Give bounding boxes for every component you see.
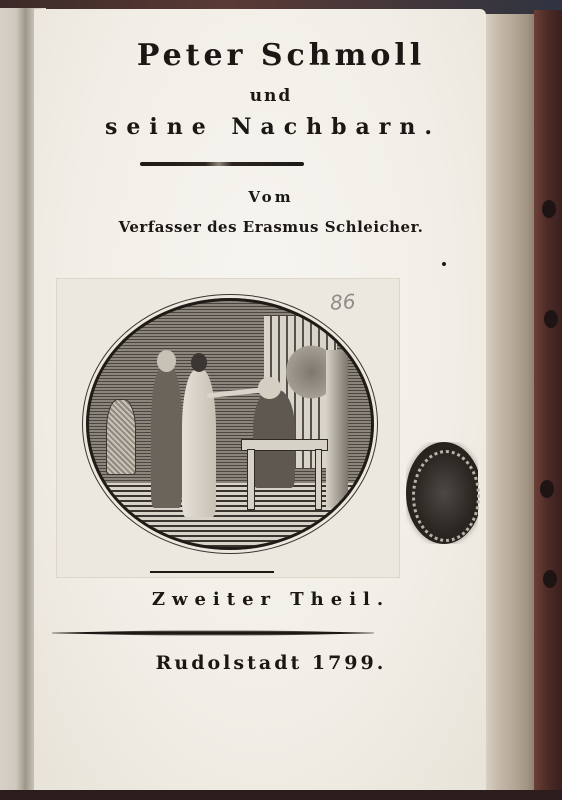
engraving-woman-head <box>191 353 208 373</box>
binding-wear-spot <box>544 310 558 328</box>
book-title: Peter Schmoll <box>0 38 562 73</box>
byline-intro: Vom <box>0 188 552 206</box>
ornamental-rule <box>140 162 304 166</box>
byline-author: Verfasser des Erasmus Schleicher. <box>0 218 552 236</box>
binding-wear-spot <box>540 480 554 498</box>
volume-part: Zweiter Theil. <box>0 589 552 610</box>
stamp-wreath-icon <box>412 450 480 542</box>
engraving-table-leg <box>247 449 255 510</box>
engraving-man-figure <box>151 365 182 508</box>
engraving-chair <box>106 399 136 475</box>
pencil-shelf-mark: 86 <box>329 289 356 315</box>
thin-rule <box>150 571 274 573</box>
engraving-curtain <box>326 350 349 507</box>
title-conjunction: und <box>0 86 552 106</box>
engraved-vignette <box>86 298 374 550</box>
book-bottom-edge <box>0 790 562 800</box>
binding-wear-spot <box>543 570 557 588</box>
book-title-continued: seine Nachbarn. <box>0 114 554 140</box>
ink-speck <box>442 262 446 266</box>
imprint: Rudolstadt 1799. <box>0 652 552 674</box>
engraving-seated-head <box>258 377 281 399</box>
engraving-table-leg <box>315 449 323 510</box>
